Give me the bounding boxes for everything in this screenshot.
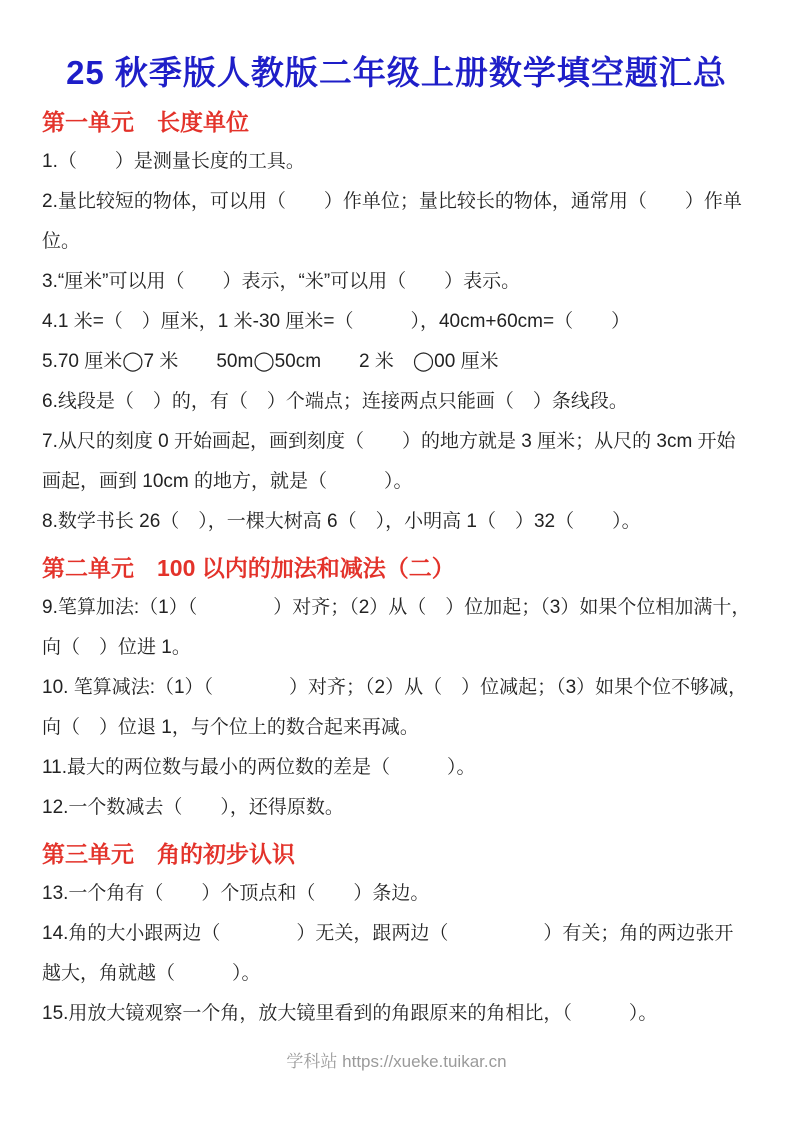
question-4: 4.1 米=（ ）厘米，1 米-30 厘米=（ ），40cm+60cm=（ ） <box>42 302 751 342</box>
question-12: 12.一个数减去（ ），还得原数。 <box>42 788 751 828</box>
question-6: 6.线段是（ ）的，有（ ）个端点；连接两点只能画（ ）条线段。 <box>42 382 751 422</box>
question-15: 15.用放大镜观察一个角，放大镜里看到的角跟原来的角相比，（ ）。 <box>42 994 751 1034</box>
question-8: 8.数学书长 26（ ），一棵大树高 6（ ），小明高 1（ ）32（ ）。 <box>42 502 751 542</box>
worksheet-page: 25 秋季版人教版二年级上册数学填空题汇总 第一单元 长度单位 1.（ ）是测量… <box>0 0 793 1122</box>
question-1: 1.（ ）是测量长度的工具。 <box>42 142 751 182</box>
section-heading-unit-3: 第三单元 角的初步认识 <box>42 828 751 874</box>
question-2: 2.量比较短的物体，可以用（ ）作单位；量比较长的物体，通常用（ ）作单位。 <box>42 182 751 262</box>
question-10: 10. 笔算减法:（1）（ ）对齐；（2）从（ ）位减起；（3）如果个位不够减，… <box>42 668 751 748</box>
section-unit-1: 第一单元 长度单位 1.（ ）是测量长度的工具。 2.量比较短的物体，可以用（ … <box>42 96 751 542</box>
question-13: 13.一个角有（ ）个顶点和（ ）条边。 <box>42 874 751 914</box>
question-9: 9.笔算加法:（1）（ ）对齐；（2）从（ ）位加起；（3）如果个位相加满十，向… <box>42 588 751 668</box>
question-3: 3.“厘米”可以用（ ）表示，“米”可以用（ ）表示。 <box>42 262 751 302</box>
question-5: 5.70 厘米◯7 米 50m◯50cm 2 米 ◯00 厘米 <box>42 342 751 382</box>
question-14: 14.角的大小跟两边（ ）无关，跟两边（ ）有关；角的两边张开越大，角就越（ ）… <box>42 914 751 994</box>
section-unit-3: 第三单元 角的初步认识 13.一个角有（ ）个顶点和（ ）条边。 14.角的大小… <box>42 828 751 1034</box>
section-heading-unit-1: 第一单元 长度单位 <box>42 96 751 142</box>
footer-credit: 学科站 https://xueke.tuikar.cn <box>42 1050 751 1074</box>
page-title: 25 秋季版人教版二年级上册数学填空题汇总 <box>42 0 751 96</box>
section-unit-2: 第二单元 100 以内的加法和减法（二） 9.笔算加法:（1）（ ）对齐；（2）… <box>42 542 751 828</box>
section-heading-unit-2: 第二单元 100 以内的加法和减法（二） <box>42 542 751 588</box>
question-11: 11.最大的两位数与最小的两位数的差是（ ）。 <box>42 748 751 788</box>
question-7: 7.从尺的刻度 0 开始画起，画到刻度（ ）的地方就是 3 厘米；从尺的 3cm… <box>42 422 751 502</box>
